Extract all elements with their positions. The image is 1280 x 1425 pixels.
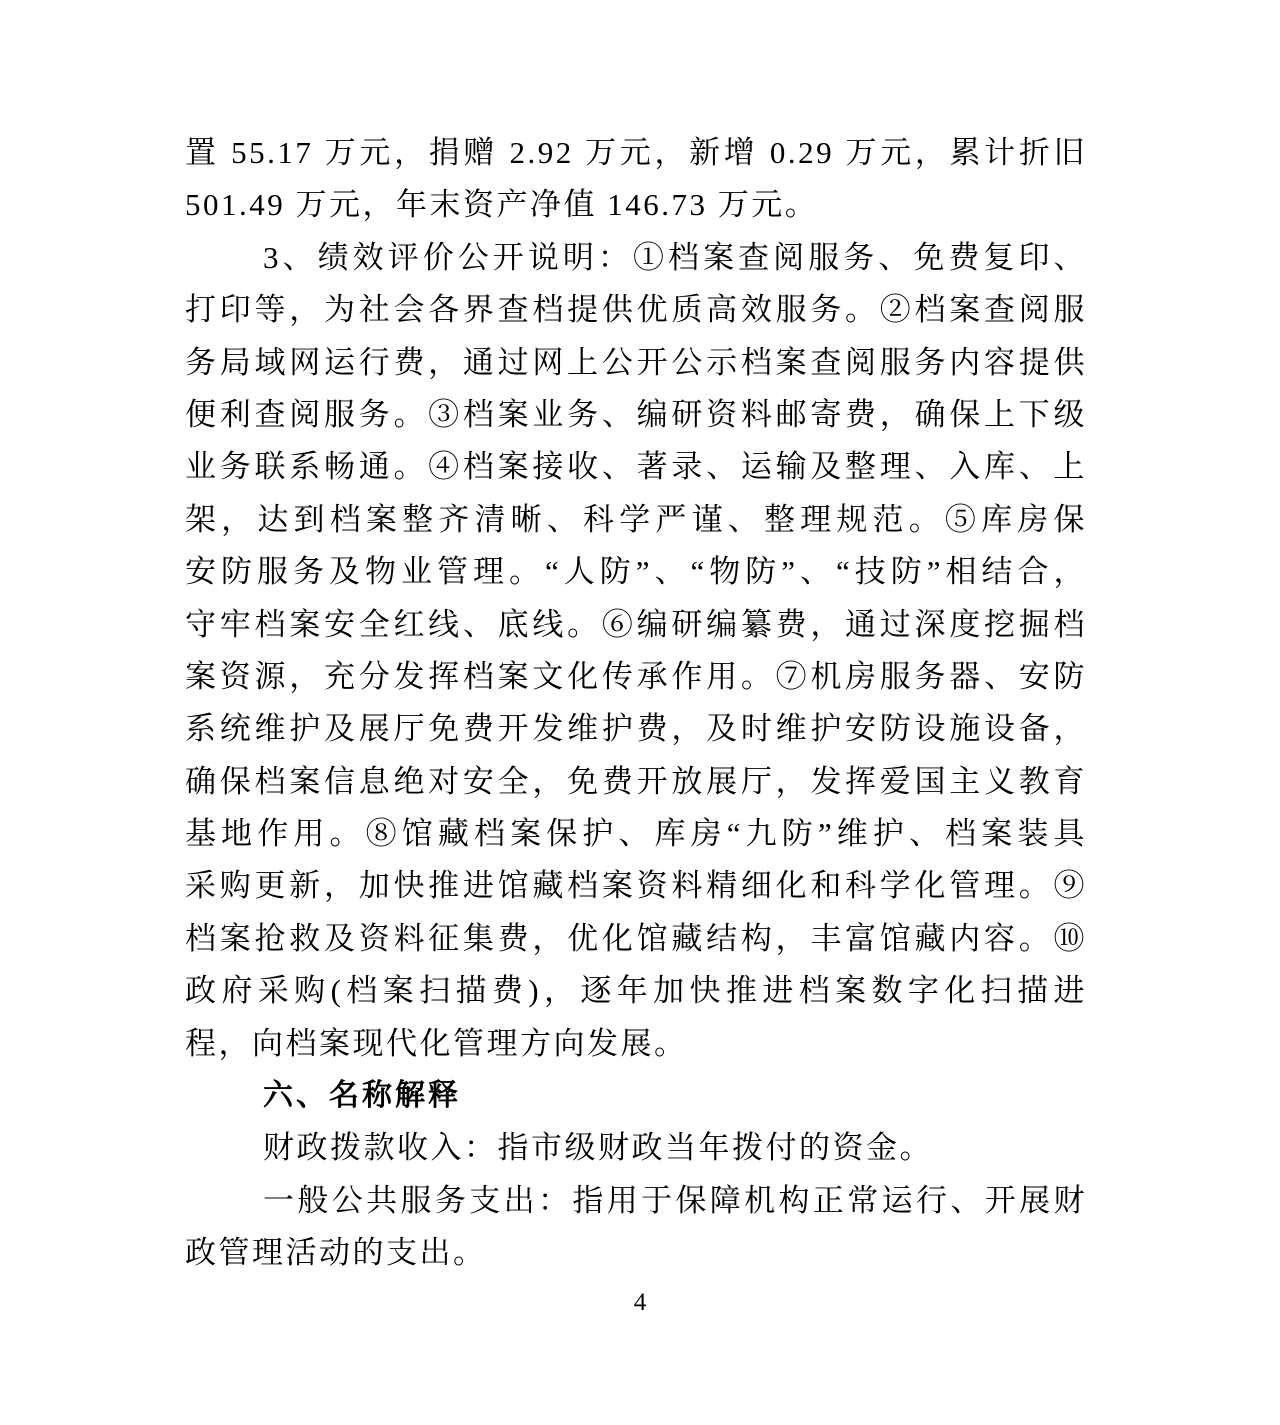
document-page: 置 55.17 万元，捐赠 2.92 万元，新增 0.29 万元，累计折旧501… (0, 0, 1280, 1425)
text-line: 3、绩效评价公开说明：①档案查阅服务、免费复印、 (185, 232, 1087, 284)
text-line: 系统维护及展厅免费开发维护费，及时维护安防设施设备， (185, 703, 1087, 755)
text-line: 档案抢救及资料征集费，优化馆藏结构，丰富馆藏内容。⑩ (185, 913, 1087, 965)
text-line: 案资源，充分发挥档案文化传承作用。⑦机房服务器、安防 (185, 651, 1087, 703)
text-line: 基地作用。⑧馆藏档案保护、库房“九防”维护、档案装具 (185, 808, 1087, 860)
document-lines: 置 55.17 万元，捐赠 2.92 万元，新增 0.29 万元，累计折旧501… (185, 127, 1087, 1280)
text-line: 守牢档案安全红线、底线。⑥编研编纂费，通过深度挖掘档 (185, 599, 1087, 651)
section-heading: 六、名称解释 (185, 1070, 1087, 1122)
text-line: 确保档案信息绝对安全，免费开放展厅，发挥爱国主义教育 (185, 756, 1087, 808)
text-line: 采购更新，加快推进馆藏档案资料精细化和科学化管理。⑨ (185, 860, 1087, 912)
text-line: 置 55.17 万元，捐赠 2.92 万元，新增 0.29 万元，累计折旧 (185, 127, 1087, 179)
text-line: 一般公共服务支出：指用于保障机构正常运行、开展财 (185, 1175, 1087, 1227)
text-line: 便利查阅服务。③档案业务、编研资料邮寄费，确保上下级 (185, 389, 1087, 441)
text-line: 财政拨款收入：指市级财政当年拨付的资金。 (185, 1122, 1087, 1174)
text-line: 架，达到档案整齐清晰、科学严谨、整理规范。⑤库房保洁、 (185, 494, 1087, 546)
text-line: 安防服务及物业管理。“人防”、“物防”、“技防”相结合， (185, 546, 1087, 598)
page-number: 4 (0, 1289, 1280, 1317)
text-line: 501.49 万元，年末资产净值 146.73 万元。 (185, 179, 1087, 231)
text-line: 务局域网运行费，通过网上公开公示档案查阅服务内容提供 (185, 337, 1087, 389)
text-line: 业务联系畅通。④档案接收、著录、运输及整理、入库、上 (185, 441, 1087, 493)
text-line: 打印等，为社会各界查档提供优质高效服务。②档案查阅服 (185, 284, 1087, 336)
text-line: 政府采购(档案扫描费)，逐年加快推进档案数字化扫描进 (185, 965, 1087, 1017)
text-line: 程，向档案现代化管理方向发展。 (185, 1018, 1087, 1070)
text-line: 政管理活动的支出。 (185, 1227, 1087, 1279)
